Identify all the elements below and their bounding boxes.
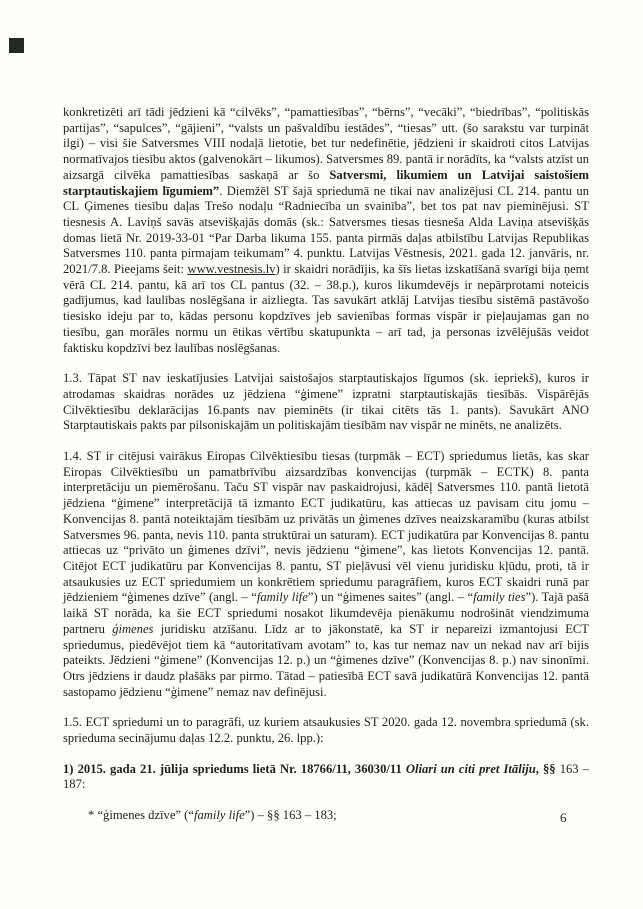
paragraph-1-5: 1.5. ECT spriedumi un to paragrāfi, uz k…	[63, 715, 589, 746]
paragraph-continuation: konkretizēti arī tādi jēdzieni kā “cilvē…	[63, 105, 589, 356]
text-run: 1) 2015. gada 21. jūlija spriedums lietā…	[63, 762, 406, 776]
page-number: 6	[560, 810, 567, 826]
text-run: Oliari un citi pret Itāliju	[406, 762, 536, 776]
text-run: , §§	[536, 762, 560, 776]
paragraph-1-3: 1.3. Tāpat ST nav ieskatījusies Latvijai…	[63, 371, 589, 434]
text-run: ģimenes	[112, 622, 153, 636]
scan-corner-mark	[9, 38, 24, 53]
text-run: ”) – §§ 163 – 183;	[245, 808, 337, 822]
text-run: * “ģimenes dzīve” (“	[88, 808, 194, 822]
text-run: 1.3. Tāpat ST nav ieskatījusies Latvijai…	[63, 371, 589, 432]
text-run: 1.5. ECT spriedumi un to paragrāfi, uz k…	[63, 715, 589, 745]
vestnesis-link[interactable]: www.vestnesis.lv	[187, 262, 275, 276]
paragraph-1-4: 1.4. ST ir citējusi vairākus Eiropas Cil…	[63, 449, 589, 700]
text-run: ”) un “ģimenes saites” (angl. – “	[308, 590, 473, 604]
text-run: family ties	[473, 590, 525, 604]
judgment-item-1: 1) 2015. gada 21. jūlija spriedums lietā…	[63, 762, 589, 793]
text-run: 1.4. ST ir citējusi vairākus Eiropas Cil…	[63, 449, 589, 604]
document-body: konkretizēti arī tādi jēdzieni kā “cilvē…	[63, 105, 589, 824]
text-run: family life	[257, 590, 308, 604]
text-run: family life	[194, 808, 245, 822]
bullet-family-life: * “ģimenes dzīve” (“family life”) – §§ 1…	[63, 808, 589, 824]
